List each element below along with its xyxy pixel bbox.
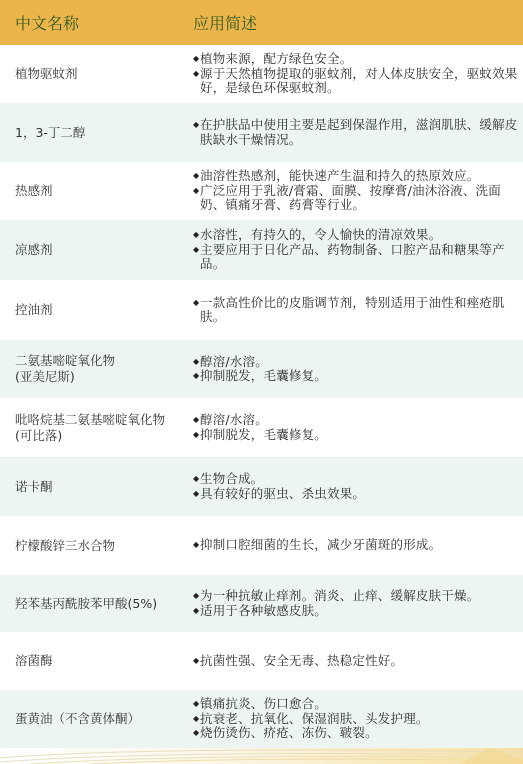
- bullet-diamond-icon: ◆: [193, 589, 200, 604]
- ingredient-description: ◆水溶性，有持久的，令人愉快的清凉效果。 ◆主要应用于日化产品、药物制备、口腔产…: [193, 228, 523, 272]
- ingredient-name: 二氨基嘧啶氧化物 (亚美尼斯): [0, 353, 193, 385]
- ingredient-name: 凉感剂: [0, 242, 193, 258]
- ingredient-description: ◆油溶性热感剂，能快速产生温和持久的热原效应。 ◆广泛应用于乳液/膏霜、面膜、按…: [193, 169, 523, 213]
- table-row: 柠檬酸锌三水合物 ◆抑制口腔细菌的生长，减少牙菌斑的形成。: [0, 516, 523, 575]
- bullet-diamond-icon: ◆: [193, 184, 200, 213]
- table-row: 溶菌酶 ◆抗菌性强、安全无毒、热稳定性好。: [0, 632, 523, 690]
- ingredient-description: ◆醇溶/水溶。 ◆抑制脱发，毛囊修复。: [193, 413, 523, 442]
- bullet-diamond-icon: ◆: [193, 228, 200, 243]
- table-row: 诺卡酮 ◆生物合成。 ◆具有较好的驱虫、杀虫效果。: [0, 457, 523, 516]
- ingredient-description: ◆镇痛抗炎、伤口愈合。 ◆抗衰老、抗氧化、保湿润肤、头发护理。 ◆烧伤烫伤、疥疮…: [193, 697, 523, 741]
- table-row: 二氨基嘧啶氧化物 (亚美尼斯) ◆醇溶/水溶。 ◆抑制脱发，毛囊修复。: [0, 340, 523, 398]
- bullet-diamond-icon: ◆: [193, 369, 200, 384]
- table-row: 1，3-丁二醇 ◆在护肤品中使用主要是起到保湿作用，滋润肌肤、缓解皮肤缺水干燥情…: [0, 103, 523, 162]
- bullet-diamond-icon: ◆: [193, 697, 200, 712]
- ingredient-description: ◆生物合成。 ◆具有较好的驱虫、杀虫效果。: [193, 472, 523, 501]
- ingredient-description: ◆为一种抗敏止痒剂。消炎、止痒、缓解皮肤干燥。 ◆适用于各种敏感皮肤。: [193, 589, 523, 618]
- table-row: 控油剂 ◆一款高性价比的皮脂调节剂，特别适用于油性和痤疮肌肤。: [0, 280, 523, 340]
- bullet-diamond-icon: ◆: [193, 654, 200, 669]
- ingredient-name: 诺卡酮: [0, 479, 193, 495]
- table-row: 蛋黄油（不含黄体酮） ◆镇痛抗炎、伤口愈合。 ◆抗衰老、抗氧化、保湿润肤、头发护…: [0, 690, 523, 748]
- ingredient-name: 溶菌酶: [0, 653, 193, 669]
- header-desc-column: 应用简述: [193, 11, 523, 34]
- ingredient-name: 1，3-丁二醇: [0, 125, 193, 141]
- bullet-diamond-icon: ◆: [193, 67, 200, 96]
- ingredient-description: ◆植物来源，配方绿色安全。 ◆源于天然植物提取的驱蚊剂，对人体皮肤安全，驱蚊效果…: [193, 52, 523, 96]
- bullet-diamond-icon: ◆: [193, 604, 200, 619]
- decorative-wave-footer: [0, 748, 523, 764]
- ingredient-description: ◆抗菌性强、安全无毒、热稳定性好。: [193, 654, 523, 669]
- bullet-diamond-icon: ◆: [193, 472, 200, 487]
- bullet-diamond-icon: ◆: [193, 726, 200, 741]
- ingredient-name: 蛋黄油（不含黄体酮）: [0, 711, 193, 727]
- bullet-diamond-icon: ◆: [193, 296, 200, 325]
- bullet-diamond-icon: ◆: [193, 169, 200, 184]
- ingredient-table: 中文名称 应用简述 植物驱蚊剂 ◆植物来源，配方绿色安全。 ◆源于天然植物提取的…: [0, 0, 523, 748]
- ingredient-name: 吡咯烷基二氨基嘧啶氧化物 (可比落): [0, 412, 193, 444]
- table-row: 热感剂 ◆油溶性热感剂，能快速产生温和持久的热原效应。 ◆广泛应用于乳液/膏霜、…: [0, 162, 523, 220]
- ingredient-name: 羟苯基丙酰胺苯甲酸(5%): [0, 596, 193, 612]
- ingredient-name: 柠檬酸锌三水合物: [0, 538, 193, 554]
- ingredient-description: ◆抑制口腔细菌的生长，减少牙菌斑的形成。: [193, 538, 523, 553]
- table-header: 中文名称 应用简述: [0, 0, 523, 45]
- bullet-diamond-icon: ◆: [193, 428, 200, 443]
- wave-lines-icon: [0, 748, 523, 764]
- bullet-diamond-icon: ◆: [193, 712, 200, 727]
- ingredient-description: ◆醇溶/水溶。 ◆抑制脱发，毛囊修复。: [193, 355, 523, 384]
- table-row: 凉感剂 ◆水溶性，有持久的，令人愉快的清凉效果。 ◆主要应用于日化产品、药物制备…: [0, 220, 523, 280]
- bullet-diamond-icon: ◆: [193, 52, 200, 67]
- ingredient-name: 热感剂: [0, 183, 193, 199]
- bullet-diamond-icon: ◆: [193, 118, 200, 147]
- bullet-diamond-icon: ◆: [193, 487, 200, 502]
- bullet-diamond-icon: ◆: [193, 413, 200, 428]
- table-row: 植物驱蚊剂 ◆植物来源，配方绿色安全。 ◆源于天然植物提取的驱蚊剂，对人体皮肤安…: [0, 45, 523, 103]
- bullet-diamond-icon: ◆: [193, 355, 200, 370]
- ingredient-name: 植物驱蚊剂: [0, 66, 193, 82]
- header-name-column: 中文名称: [0, 11, 193, 34]
- table-row: 羟苯基丙酰胺苯甲酸(5%) ◆为一种抗敏止痒剂。消炎、止痒、缓解皮肤干燥。 ◆适…: [0, 575, 523, 632]
- table-row: 吡咯烷基二氨基嘧啶氧化物 (可比落) ◆醇溶/水溶。 ◆抑制脱发，毛囊修复。: [0, 398, 523, 457]
- ingredient-description: ◆一款高性价比的皮脂调节剂，特别适用于油性和痤疮肌肤。: [193, 296, 523, 325]
- ingredient-name: 控油剂: [0, 302, 193, 318]
- ingredient-description: ◆在护肤品中使用主要是起到保湿作用，滋润肌肤、缓解皮肤缺水干燥情况。: [193, 118, 523, 147]
- bullet-diamond-icon: ◆: [193, 243, 200, 272]
- bullet-diamond-icon: ◆: [193, 538, 200, 553]
